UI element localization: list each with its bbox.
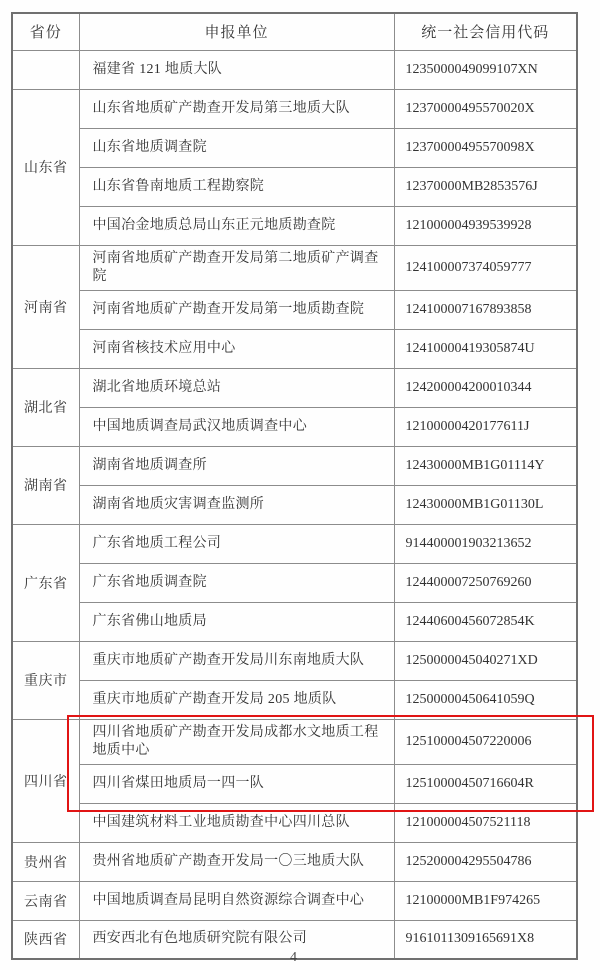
table-row: 广东省佛山地质局12440600456072854K: [12, 602, 577, 641]
code-cell: 125100004507220006: [394, 719, 577, 764]
unit-cell: 湖南省地质灾害调查监测所: [79, 485, 394, 524]
unit-cell: 贵州省地质矿产勘查开发局一〇三地质大队: [79, 842, 394, 881]
page-number: 4: [11, 950, 576, 966]
code-cell: 1235000049099107XN: [394, 50, 577, 89]
unit-cell: 中国地质调查局昆明自然资源综合调查中心: [79, 881, 394, 920]
table-row: 河南省地质矿产勘查开发局第一地质勘查院124100007167893858: [12, 290, 577, 329]
unit-cell: 湖北省地质环境总站: [79, 368, 394, 407]
credit-code-table: 省份 申报单位 统一社会信用代码 福建省 121 地质大队12350000490…: [11, 12, 578, 960]
code-cell: 124100007167893858: [394, 290, 577, 329]
unit-cell: 广东省地质工程公司: [79, 524, 394, 563]
col-header-unit: 申报单位: [79, 13, 394, 50]
table-row: 河南省核技术应用中心12410000419305874U: [12, 329, 577, 368]
code-cell: 12500000450641059Q: [394, 680, 577, 719]
code-cell: 1250000045040271XD: [394, 641, 577, 680]
code-cell: 125200004295504786: [394, 842, 577, 881]
province-cell: 山东省: [12, 89, 79, 245]
code-cell: 121000004939539928: [394, 206, 577, 245]
table-body: 福建省 121 地质大队1235000049099107XN山东省山东省地质矿产…: [12, 50, 577, 959]
table-row: 中国建筑材料工业地质勘查中心四川总队121000004507521118: [12, 803, 577, 842]
unit-cell: 重庆市地质矿产勘查开发局 205 地质队: [79, 680, 394, 719]
unit-cell: 四川省煤田地质局一四一队: [79, 764, 394, 803]
unit-cell: 山东省地质矿产勘查开发局第三地质大队: [79, 89, 394, 128]
code-cell: 12440600456072854K: [394, 602, 577, 641]
province-cell: 湖南省: [12, 446, 79, 524]
table-row: 河南省河南省地质矿产勘查开发局第二地质矿产调查院1241000073740597…: [12, 245, 577, 290]
code-cell: 12410000419305874U: [394, 329, 577, 368]
unit-cell: 中国冶金地质总局山东正元地质勘查院: [79, 206, 394, 245]
code-cell: 12370000495570020X: [394, 89, 577, 128]
unit-cell: 河南省地质矿产勘查开发局第一地质勘查院: [79, 290, 394, 329]
table-row: 贵州省贵州省地质矿产勘查开发局一〇三地质大队125200004295504786: [12, 842, 577, 881]
province-cell: 重庆市: [12, 641, 79, 719]
province-cell: 广东省: [12, 524, 79, 641]
table-row: 重庆市重庆市地质矿产勘查开发局川东南地质大队1250000045040271XD: [12, 641, 577, 680]
unit-cell: 广东省佛山地质局: [79, 602, 394, 641]
col-header-code: 统一社会信用代码: [394, 13, 577, 50]
unit-cell: 中国建筑材料工业地质勘查中心四川总队: [79, 803, 394, 842]
table-row: 广东省广东省地质工程公司914400001903213652: [12, 524, 577, 563]
province-cell: 贵州省: [12, 842, 79, 881]
table-row: 广东省地质调查院124400007250769260: [12, 563, 577, 602]
province-cell: [12, 50, 79, 89]
code-cell: 121000004507521118: [394, 803, 577, 842]
code-cell: 12100000420177611J: [394, 407, 577, 446]
table-row: 湖南省湖南省地质调查所12430000MB1G01114Y: [12, 446, 577, 485]
unit-cell: 广东省地质调查院: [79, 563, 394, 602]
table-row: 四川省四川省地质矿产勘查开发局成都水文地质工程地质中心1251000045072…: [12, 719, 577, 764]
document-page: 省份 申报单位 统一社会信用代码 福建省 121 地质大队12350000490…: [0, 0, 600, 970]
code-cell: 124100007374059777: [394, 245, 577, 290]
unit-cell: 河南省地质矿产勘查开发局第二地质矿产调查院: [79, 245, 394, 290]
code-cell: 12430000MB1G01130L: [394, 485, 577, 524]
unit-cell: 湖南省地质调查所: [79, 446, 394, 485]
table-header: 省份 申报单位 统一社会信用代码: [12, 13, 577, 50]
province-cell: 四川省: [12, 719, 79, 842]
unit-cell: 山东省鲁南地质工程勘察院: [79, 167, 394, 206]
unit-cell: 河南省核技术应用中心: [79, 329, 394, 368]
code-cell: 124400007250769260: [394, 563, 577, 602]
col-header-province: 省份: [12, 13, 79, 50]
code-cell: 12100000MB1F974265: [394, 881, 577, 920]
header-row: 省份 申报单位 统一社会信用代码: [12, 13, 577, 50]
table-row: 中国冶金地质总局山东正元地质勘查院121000004939539928: [12, 206, 577, 245]
code-cell: 12370000495570098X: [394, 128, 577, 167]
table-row: 山东省山东省地质矿产勘查开发局第三地质大队12370000495570020X: [12, 89, 577, 128]
table-row: 山东省鲁南地质工程勘察院12370000MB2853576J: [12, 167, 577, 206]
unit-cell: 中国地质调查局武汉地质调查中心: [79, 407, 394, 446]
table-row: 福建省 121 地质大队1235000049099107XN: [12, 50, 577, 89]
code-cell: 12370000MB2853576J: [394, 167, 577, 206]
table-row: 云南省中国地质调查局昆明自然资源综合调查中心12100000MB1F974265: [12, 881, 577, 920]
table-row: 湖北省湖北省地质环境总站124200004200010344: [12, 368, 577, 407]
unit-cell: 四川省地质矿产勘查开发局成都水文地质工程地质中心: [79, 719, 394, 764]
code-cell: 12510000450716604R: [394, 764, 577, 803]
code-cell: 914400001903213652: [394, 524, 577, 563]
unit-cell: 福建省 121 地质大队: [79, 50, 394, 89]
table-row: 四川省煤田地质局一四一队12510000450716604R: [12, 764, 577, 803]
code-cell: 12430000MB1G01114Y: [394, 446, 577, 485]
province-cell: 河南省: [12, 245, 79, 368]
table-row: 中国地质调查局武汉地质调查中心12100000420177611J: [12, 407, 577, 446]
table-row: 重庆市地质矿产勘查开发局 205 地质队12500000450641059Q: [12, 680, 577, 719]
unit-cell: 重庆市地质矿产勘查开发局川东南地质大队: [79, 641, 394, 680]
unit-cell: 山东省地质调查院: [79, 128, 394, 167]
code-cell: 124200004200010344: [394, 368, 577, 407]
province-cell: 云南省: [12, 881, 79, 920]
table-row: 山东省地质调查院12370000495570098X: [12, 128, 577, 167]
table-row: 湖南省地质灾害调查监测所12430000MB1G01130L: [12, 485, 577, 524]
province-cell: 湖北省: [12, 368, 79, 446]
